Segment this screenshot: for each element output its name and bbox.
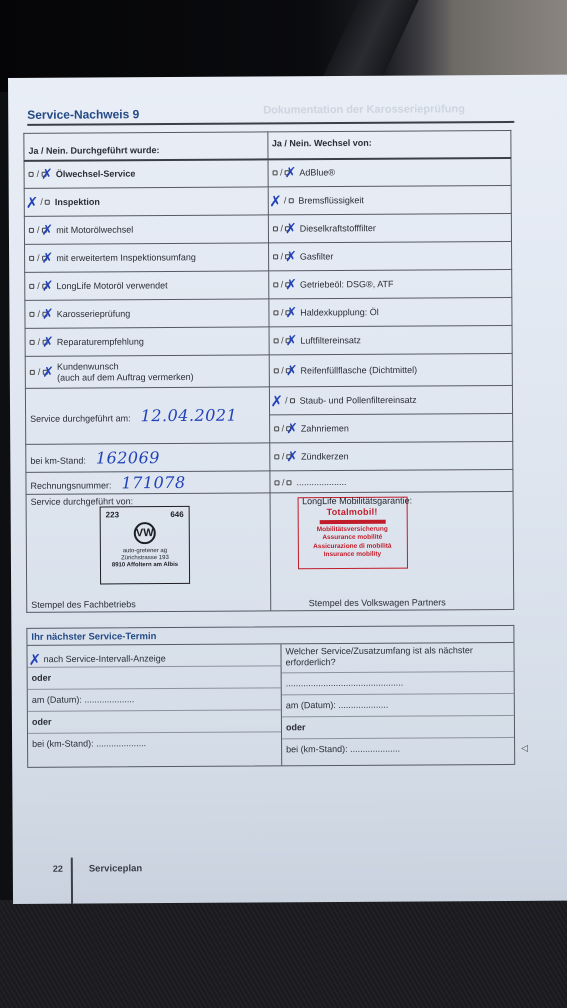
next-service-row[interactable]: am (Datum): .................... bbox=[282, 694, 514, 717]
section-title: Serviceplan bbox=[89, 863, 142, 874]
service-item[interactable]: /✗mit Motorölwechsel bbox=[24, 215, 268, 244]
ink-check-icon: ✗ bbox=[286, 449, 298, 465]
km-value: 162069 bbox=[96, 448, 160, 467]
replacement-item[interactable]: /✗Haldexkupplung: Öl bbox=[268, 297, 512, 326]
extra-item-1[interactable]: /✗Zahnriemen bbox=[269, 413, 513, 442]
service-item[interactable]: ✗/Inspektion bbox=[24, 187, 268, 216]
extra-item-0[interactable]: ✗/Staub- und Pollenfiltereinsatz bbox=[269, 385, 513, 414]
mobility-stamp: LongLife Mobilitätsgarantie: Totalmobil!… bbox=[297, 497, 407, 570]
checkbox-ja[interactable] bbox=[29, 284, 34, 289]
workshop-stamp: 223646 VW auto-gretener ag Zürichstrasse… bbox=[100, 506, 190, 585]
km-field[interactable]: bei km-Stand:162069 bbox=[26, 443, 270, 472]
replacement-item[interactable]: /✗AdBlue® bbox=[267, 157, 511, 186]
service-date-value: 12.04.2021 bbox=[141, 406, 238, 426]
partner-stamp-field: LongLife Mobilitätsgarantie: Totalmobil!… bbox=[270, 491, 514, 610]
replacement-item[interactable]: /✗Getriebeöl: DSG®, ATF bbox=[268, 269, 512, 298]
ink-check-icon: ✗ bbox=[42, 278, 54, 294]
replacement-item[interactable]: ✗/Bremsflüssigkeit bbox=[268, 185, 512, 214]
footer-divider bbox=[71, 858, 73, 904]
next-service-row[interactable]: oder bbox=[282, 716, 514, 739]
page-title: Service-Nachweis 9 bbox=[27, 107, 139, 122]
next-service-row[interactable]: Welcher Service/Zusatzumfang ist als näc… bbox=[281, 643, 513, 673]
page-number: 22 bbox=[53, 864, 63, 874]
next-service-row[interactable]: ........................................… bbox=[282, 672, 514, 695]
ink-check-icon: ✗ bbox=[41, 222, 53, 238]
ink-cross-icon: ✗ bbox=[26, 193, 39, 211]
triangle-marker-icon: ◁ bbox=[521, 743, 528, 754]
checkbox-ja[interactable] bbox=[274, 426, 279, 431]
checkbox-ja[interactable] bbox=[274, 454, 279, 459]
service-item[interactable]: /✗Karosserieprüfung bbox=[25, 299, 269, 328]
checkbox-ja[interactable] bbox=[273, 254, 278, 259]
extra-item-2[interactable]: /✗Zündkerzen bbox=[269, 441, 513, 470]
title-divider bbox=[27, 121, 514, 125]
next-service-row[interactable]: ✗ nach Service-Intervall-Anzeige bbox=[27, 644, 280, 668]
next-service-row[interactable]: oder bbox=[28, 666, 281, 690]
service-date-field[interactable]: Service durchgeführt am:12.04.2021 bbox=[25, 387, 269, 444]
next-service-left: ✗ nach Service-Intervall-Anzeigeoderam (… bbox=[27, 644, 282, 767]
checkbox-nein[interactable] bbox=[290, 398, 295, 403]
right-column-header: Ja / Nein. Wechsel von: bbox=[267, 130, 511, 158]
checkbox-nein[interactable] bbox=[286, 480, 291, 485]
checkbox-ja[interactable] bbox=[29, 228, 34, 233]
background-seat-fabric bbox=[0, 900, 567, 1008]
ink-check-icon: ✗ bbox=[42, 250, 54, 266]
replacement-item[interactable]: /✗Reifenfüllflasche (Dichtmittel) bbox=[269, 353, 513, 386]
bleed-through-text: Dokumentation der Karosserieprüfung bbox=[263, 103, 465, 116]
replacement-item[interactable]: /✗Dieselkraftstofffilter bbox=[268, 213, 512, 242]
service-record-table: Ja / Nein. Durchgeführt wurde: Ja / Nein… bbox=[23, 130, 514, 613]
ink-check-icon: ✗ bbox=[42, 364, 54, 380]
service-item[interactable]: /✗Ölwechsel-Service bbox=[24, 159, 268, 188]
left-column-header: Ja / Nein. Durchgeführt wurde: bbox=[24, 132, 268, 160]
checkbox-ja[interactable] bbox=[273, 368, 278, 373]
invoice-field[interactable]: Rechnungsnummer:171078 bbox=[26, 471, 270, 494]
checkbox-ja[interactable] bbox=[30, 370, 35, 375]
ink-cross-icon: ✗ bbox=[269, 192, 282, 210]
ink-check-icon: ✗ bbox=[286, 363, 298, 379]
checkbox-ja[interactable] bbox=[273, 282, 278, 287]
ink-check-icon: ✗ bbox=[286, 333, 298, 349]
ink-cross-icon: ✗ bbox=[28, 651, 41, 669]
ink-check-icon: ✗ bbox=[285, 277, 297, 293]
service-item[interactable]: /✗Kundenwunsch(auch auf dem Auftrag verm… bbox=[25, 355, 269, 388]
workshop-stamp-field: Service durchgeführt von: 223646 VW auto… bbox=[26, 493, 270, 612]
ink-check-icon: ✗ bbox=[286, 421, 298, 437]
checkbox-ja[interactable] bbox=[273, 310, 278, 315]
ink-check-icon: ✗ bbox=[285, 165, 297, 181]
service-item[interactable]: /✗Reparaturempfehlung bbox=[25, 327, 269, 356]
checkbox-ja[interactable] bbox=[29, 172, 34, 177]
ink-check-icon: ✗ bbox=[285, 221, 297, 237]
ink-check-icon: ✗ bbox=[41, 166, 53, 182]
ink-cross-icon: ✗ bbox=[270, 392, 283, 410]
next-service-right: Welcher Service/Zusatzumfang ist als näc… bbox=[281, 643, 514, 765]
next-service-box: Ihr nächster Service-Termin ✗ nach Servi… bbox=[26, 625, 515, 768]
vw-logo-icon: VW bbox=[134, 522, 156, 544]
next-service-row[interactable]: oder bbox=[28, 710, 281, 734]
checkbox-nein[interactable] bbox=[288, 198, 293, 203]
invoice-value: 171078 bbox=[121, 473, 185, 492]
next-service-row[interactable]: bei (km-Stand): .................... bbox=[28, 732, 281, 756]
ink-check-icon: ✗ bbox=[285, 305, 297, 321]
checkbox-ja[interactable] bbox=[274, 480, 279, 485]
service-item[interactable]: /✗LongLife Motoröl verwendet bbox=[25, 271, 269, 300]
checkbox-ja[interactable] bbox=[29, 256, 34, 261]
service-booklet-page: Dokumentation der Karosserieprüfung Serv… bbox=[8, 75, 567, 904]
ink-check-icon: ✗ bbox=[42, 334, 54, 350]
checkbox-ja[interactable] bbox=[29, 312, 34, 317]
ink-check-icon: ✗ bbox=[285, 249, 297, 265]
checkbox-ja[interactable] bbox=[30, 340, 35, 345]
replacement-item[interactable]: /✗Gasfilter bbox=[268, 241, 512, 270]
checkbox-ja[interactable] bbox=[272, 171, 277, 176]
checkbox-ja[interactable] bbox=[272, 226, 277, 231]
checkbox-nein[interactable] bbox=[45, 200, 50, 205]
next-service-row[interactable]: am (Datum): .................... bbox=[28, 688, 281, 712]
replacement-item[interactable]: /✗Luftfiltereinsatz bbox=[269, 325, 513, 354]
checkbox-ja[interactable] bbox=[273, 338, 278, 343]
extra-item-3[interactable]: /.................... bbox=[269, 469, 513, 492]
next-service-row[interactable]: bei (km-Stand): .................... bbox=[282, 738, 514, 761]
ink-check-icon: ✗ bbox=[42, 306, 54, 322]
service-item[interactable]: /✗mit erweitertem Inspektionsumfang bbox=[25, 243, 269, 272]
